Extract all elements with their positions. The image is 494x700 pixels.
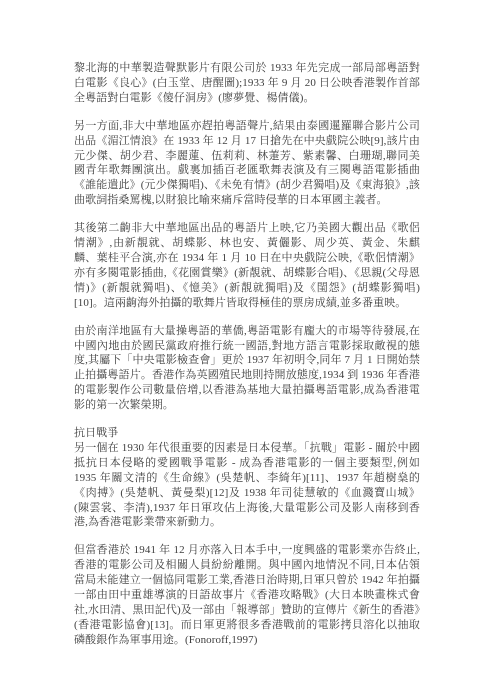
paragraph-war-film-genre: 另一個在 1930 年代很重要的因素是日本侵華。「抗戰」電影 - 關於中國抵抗日… <box>74 441 420 530</box>
paragraph-company-first-cantonese-films: 黎北海的中華製造聲默影片有限公司於 1933 年先完成一部局部粵語對白電影《良心… <box>74 61 420 106</box>
paragraph-gelü-qingchao-usa: 其後第二齣非大中華地區出品的粵語片上映,它乃美國大觀出品《歌侶情潮》,由新靚就、… <box>74 221 420 310</box>
document-page: 黎北海的中華製造聲默影片有限公司於 1933 年先完成一部局部粵語對白電影《良心… <box>0 0 494 700</box>
document-text-column: 黎北海的中華製造聲默影片有限公司於 1933 年先完成一部局部粵語對白電影《良心… <box>74 61 420 661</box>
paragraph-nanyang-market-ban: 由於南洋地區有大量操粵語的華僑,粵語電影有龐大的市場等待發展,在中國內地由於國民… <box>74 324 420 413</box>
section-heading-anti-japanese-war: 抗日戰爭 <box>74 426 420 441</box>
paragraph-japanese-occupation: 但當香港於 1941 年 12 月亦落入日本手中,一度興盛的電影業亦告終止,香港… <box>74 543 420 647</box>
paragraph-meijiang-qinglang-thailand: 另一方面,非大中華地區亦趕拍粵語聲片,結果由泰國暹羅聯合影片公司出品《湄江情浪》… <box>74 119 420 208</box>
